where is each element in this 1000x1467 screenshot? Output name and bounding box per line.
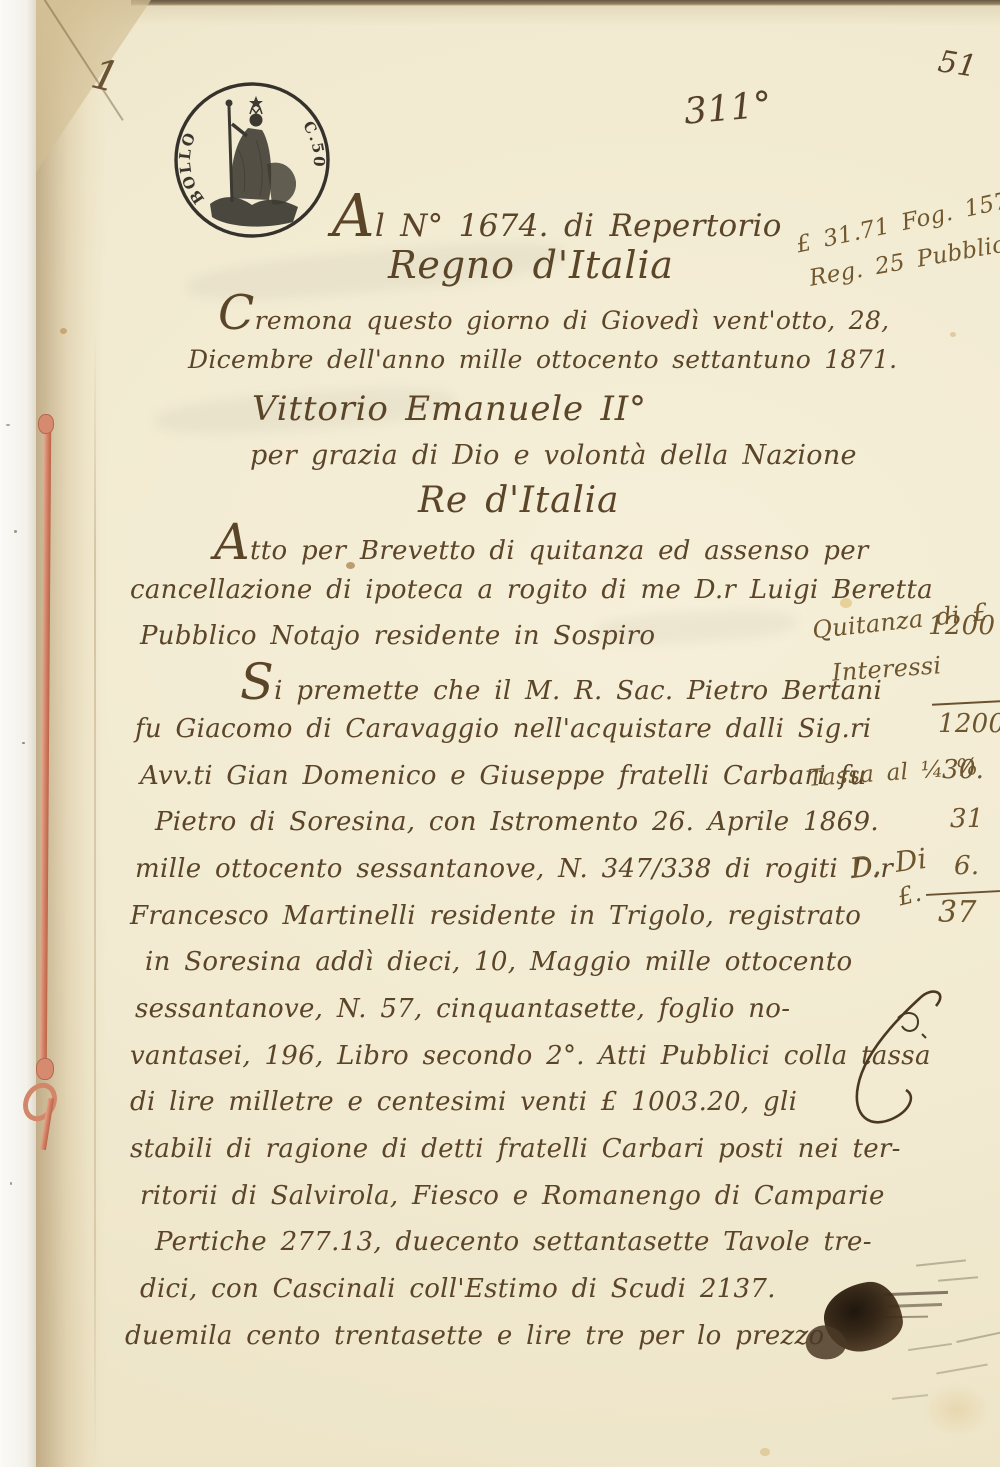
ink-smear [936, 1364, 988, 1375]
heading-by-grace: per grazia di Dio e volontà della Nazion… [250, 440, 857, 471]
ink-smear [938, 1276, 978, 1281]
body-line: dici, con Cascinali coll'Estimo di Scudi… [140, 1275, 776, 1305]
ink-smear [884, 1291, 948, 1296]
manuscript-page: BOLLO C.50 1 311° 51 £ [36, 0, 1000, 1467]
body-line: ritorii di Salvirola, Fiesco e Romanengo… [140, 1182, 885, 1212]
body-line: Avv.ti Gian Domenico e Giuseppe fratelli… [140, 762, 866, 792]
body-line: sessantanove, N. 57, cinquantasette, fog… [135, 995, 790, 1025]
act-number: 311° [682, 84, 773, 133]
body-line: Francesco Martinelli residente in Trigol… [130, 902, 861, 932]
stamp-value-text: C.50 [299, 118, 328, 169]
ink-smear [882, 1316, 928, 1319]
body-line: vantasei, 196, Libro secondo 2°. Atti Pu… [130, 1042, 931, 1072]
folio-number: 51 [936, 45, 980, 85]
body-line: Atto per Brevetto di quitanza ed assenso… [214, 528, 869, 567]
document-scan: BOLLO C.50 1 311° 51 £ [0, 0, 1000, 1467]
ledger-value: 1200 [938, 710, 1000, 740]
ledger-label: Interessi [831, 652, 942, 687]
ledger-label: £. [895, 880, 924, 912]
body-line: Si premette che il M. R. Sac. Pietro Ber… [240, 668, 882, 707]
body-line: cancellazione di ipoteca a rogito di me … [130, 576, 933, 606]
heading-place-date1: Cremona questo giorno di Giovedì vent'ot… [218, 300, 889, 336]
cord-knot-bottom [36, 1058, 54, 1080]
body-line: Pietro di Soresina, con Istromento 26. A… [155, 808, 879, 838]
body-line: stabili di ragione di detti fratelli Car… [130, 1135, 901, 1165]
ink-smear [888, 1303, 942, 1308]
ledger-value: 30. [942, 756, 984, 786]
body-line: duemila cento trentasette e lire tre per… [125, 1322, 824, 1352]
ink-smear [908, 1343, 952, 1351]
stain [922, 1382, 992, 1437]
heading-place-date2: Dicembre dell'anno mille ottocento setta… [188, 346, 897, 375]
ledger-rule [932, 700, 1000, 706]
stamp-brand-text: BOLLO [176, 129, 208, 208]
notary-paraph [836, 988, 956, 1148]
body-line: Pertiche 277.13, duecento settantasette … [155, 1228, 872, 1258]
ledger-value: 6. [954, 852, 979, 882]
dust-speck [10, 1182, 12, 1185]
svg-text:C.50: C.50 [299, 118, 328, 169]
foxing-spot [760, 1448, 770, 1456]
foxing-spot [60, 328, 67, 334]
svg-text:BOLLO: BOLLO [176, 129, 208, 208]
ink-smear [916, 1259, 966, 1266]
ledger-value: 1200 [928, 612, 995, 642]
body-line: di lire milletre e centesimi venti £ 100… [130, 1088, 797, 1118]
ledger-value: 31 [950, 805, 984, 835]
dust-speck [6, 424, 10, 426]
revenue-stamp: BOLLO C.50 [172, 80, 332, 240]
ink-smear [956, 1331, 1000, 1343]
dust-speck [14, 530, 17, 533]
scanner-background [0, 0, 38, 1467]
allegorical-figure [210, 96, 298, 227]
page-top-edge [131, 0, 1000, 6]
body-line: in Soresina addì dieci, 10, Maggio mille… [145, 948, 852, 978]
body-line: Pubblico Notajo residente in Sospiro [140, 622, 655, 652]
heading-king: Vittorio Emanuele II° [252, 390, 647, 429]
body-line: mille ottocento sessantanove, N. 347/338… [135, 855, 893, 885]
foxing-spot [950, 332, 956, 337]
heading-repertorio: Al N° 1674. di Repertorio [332, 198, 782, 245]
body-line: fu Giacomo di Caravaggio nell'acquistare… [135, 715, 871, 745]
heading-kingdom: Regno d'Italia [388, 244, 674, 288]
ledger-value: 37 [938, 896, 977, 931]
fold-crease [94, 330, 96, 1467]
heading-king-of-italy: Re d'Italia [418, 480, 619, 521]
ink-smear [892, 1394, 928, 1400]
dust-speck [22, 742, 25, 744]
cord-knot-top [38, 414, 54, 434]
